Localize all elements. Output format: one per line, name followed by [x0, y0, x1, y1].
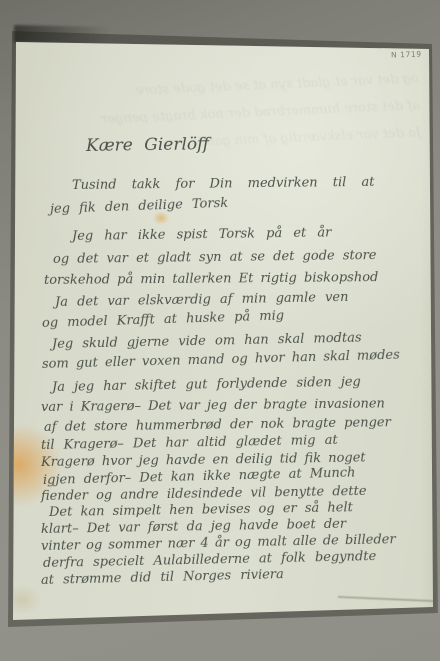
salutation-line: Kære Gierlöff [86, 136, 209, 155]
letter-line: Ja jeg har skiftet gut forlydende siden … [52, 374, 361, 396]
letter-line: jeg fik den deilige Torsk [50, 195, 229, 218]
letter-line: af det store hummerbrød der nok bragte p… [44, 414, 391, 436]
paper-crease [338, 596, 434, 602]
letter-line: Tusind takk for Din medvirken til at [72, 174, 375, 194]
letter-line: torskehod på min tallerken Et rigtig bis… [44, 269, 379, 289]
letter-line: og det var et gladt syn at se det gode s… [53, 247, 377, 268]
letter-line: var i Kragerø– Det var jeg der bragte in… [41, 395, 385, 416]
letter-paper: og det var et gladt syn at se det gode s… [0, 0, 440, 661]
letter-line: og model Krafft at huske på mig [42, 307, 285, 332]
photo-background: og det var et gladt syn at se det gode s… [0, 0, 440, 661]
archive-mark: N 1719 [391, 49, 422, 59]
letter-line: Ja det var elskværdig af min gamle ven [55, 289, 349, 311]
corner-fold-shadow [14, 25, 110, 44]
letter-line: Jeg har ikke spist Torsk på et år [72, 224, 332, 245]
